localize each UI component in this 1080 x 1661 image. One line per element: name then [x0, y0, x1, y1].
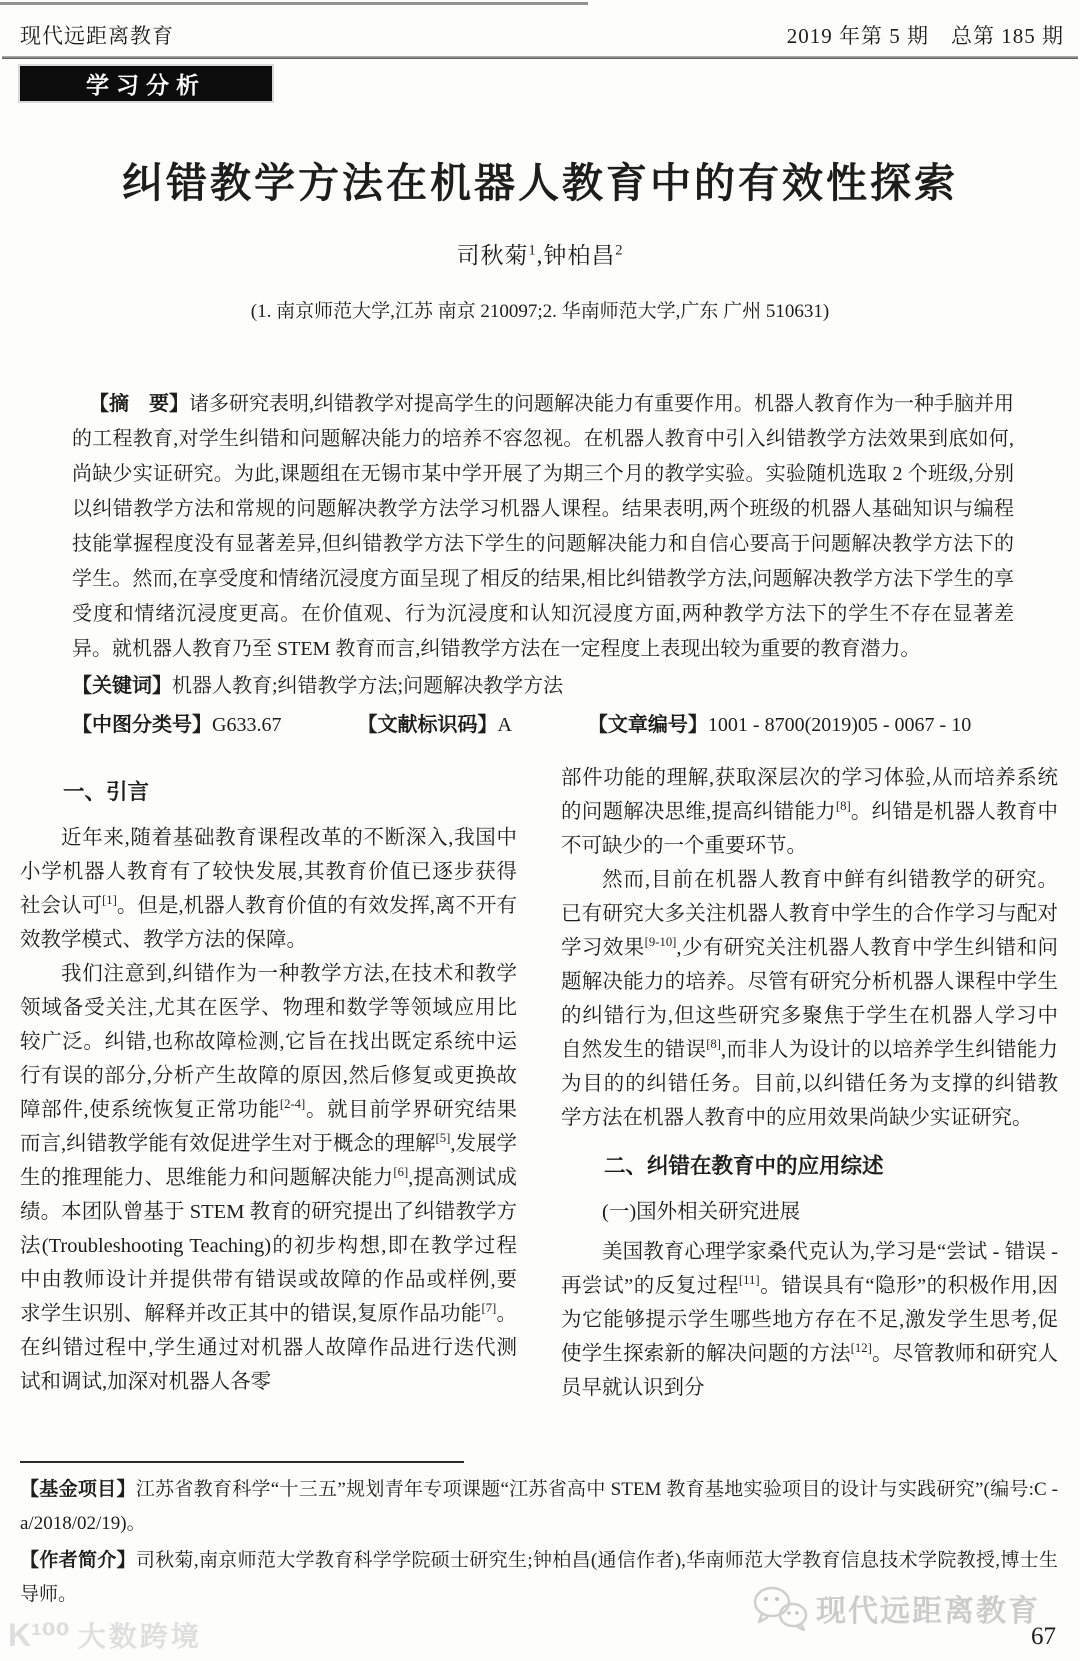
journal-name: 现代远距离教育	[20, 20, 174, 50]
body-columns: 一、引言近年来,随着基础教育课程改革的不断深入,我国中小学机器人教育有了较快发展…	[20, 761, 1058, 1451]
section-heading: 一、引言	[20, 775, 517, 809]
document-code-label: 【文献标识码】	[357, 714, 497, 736]
article-title: 纠错教学方法在机器人教育中的有效性探索	[40, 159, 1040, 207]
document-code: 【文献标识码】A	[357, 708, 511, 743]
header-rule	[2, 56, 1078, 59]
page-number: 67	[1031, 1623, 1056, 1651]
reference-superscript: [12]	[851, 1341, 872, 1355]
clc-number: 【中图分类号】G633.67	[72, 708, 281, 743]
dashu-logo-icon: K¹⁰⁰	[8, 1616, 70, 1654]
article-id-label: 【文章编号】	[588, 714, 708, 736]
wechat-icon	[752, 1585, 808, 1631]
keywords-label: 【关键词】	[72, 675, 172, 697]
journal-watermark: 现代远距离教育	[752, 1585, 1040, 1631]
text-run: 我们注意到,纠错作为一种教学方法,在技术和教学领域备受关注,尤其在医学、物理和数…	[20, 963, 517, 1121]
reference-superscript: [2-4]	[280, 1097, 305, 1111]
meta-row: 【中图分类号】G633.67 【文献标识码】A 【文章编号】1001 - 870…	[72, 708, 1014, 743]
dashu-watermark: K¹⁰⁰ 大数跨境	[8, 1615, 202, 1655]
text-run: ,提高测试成绩。本团队曾基于 STEM 教育的研究提出了纠错教学方法(Troub…	[20, 1167, 517, 1325]
author-bio-label: 【作者简介】	[20, 1550, 136, 1571]
body-paragraph: 我们注意到,纠错作为一种教学方法,在技术和教学领域备受关注,尤其在医学、物理和数…	[20, 957, 517, 1399]
article-id: 【文章编号】1001 - 8700(2019)05 - 0067 - 10	[588, 708, 971, 743]
reference-superscript: 2	[615, 242, 623, 258]
reference-superscript: [7]	[481, 1301, 496, 1315]
text-run: ,钟柏昌	[537, 243, 616, 268]
reference-superscript: [8]	[706, 1037, 721, 1051]
fund-project-label: 【基金项目】	[20, 1479, 136, 1500]
issue-info: 2019 年第 5 期 总第 185 期	[787, 20, 1064, 50]
affiliation: (1. 南京师范大学,江苏 南京 210097;2. 华南师范大学,广东 广州 …	[0, 296, 1080, 323]
section-badge: 学习分析	[20, 66, 272, 101]
scan-artifact-line	[0, 2, 588, 5]
body-paragraph: 近年来,随着基础教育课程改革的不断深入,我国中小学机器人教育有了较快发展,其教育…	[20, 821, 517, 957]
abstract-text: 诸多研究表明,纠错教学对提高学生的问题解决能力有重要作用。机器人教育作为一种手脑…	[72, 393, 1014, 660]
reference-superscript: [11]	[739, 1273, 760, 1287]
body-paragraph: 部件功能的理解,获取深层次的学习体验,从而培养系统的问题解决思维,提高纠错能力[…	[561, 761, 1058, 863]
authors: 司秋菊1,钟柏昌2	[0, 237, 1080, 270]
abstract: 【摘 要】诸多研究表明,纠错教学对提高学生的问题解决能力有重要作用。机器人教育作…	[72, 387, 1014, 667]
journal-watermark-text: 现代远距离教育	[816, 1586, 1040, 1630]
reference-superscript: [8]	[836, 799, 851, 813]
left-column: 一、引言近年来,随着基础教育课程改革的不断深入,我国中小学机器人教育有了较快发展…	[20, 761, 517, 1451]
subsection-heading: (一)国外相关研究进展	[561, 1195, 1058, 1229]
journal-page: 现代远距离教育 2019 年第 5 期 总第 185 期 学习分析 纠错教学方法…	[0, 0, 1080, 1661]
dashu-watermark-text: 大数跨境	[78, 1615, 202, 1655]
fund-project-text: 江苏省教育科学“十三五”规划青年专项课题“江苏省高中 STEM 教育基地实验项目…	[20, 1479, 1058, 1534]
keywords: 【关键词】机器人教育;纠错教学方法;问题解决教学方法	[72, 669, 1014, 704]
section-heading: 二、纠错在教育中的应用综述	[561, 1149, 1058, 1183]
fund-project-note: 【基金项目】江苏省教育科学“十三五”规划青年专项课题“江苏省高中 STEM 教育…	[20, 1473, 1058, 1541]
document-code-value: A	[497, 714, 511, 736]
article-id-value: 1001 - 8700(2019)05 - 0067 - 10	[708, 714, 971, 736]
right-column: 部件功能的理解,获取深层次的学习体验,从而培养系统的问题解决思维,提高纠错能力[…	[561, 761, 1058, 1451]
clc-label: 【中图分类号】	[72, 714, 212, 736]
reference-superscript: [1]	[102, 893, 117, 907]
reference-superscript: [5]	[436, 1131, 451, 1145]
reference-superscript: [9-10]	[645, 935, 677, 949]
body-paragraph: 然而,目前在机器人教育中鲜有纠错教学的研究。已有研究大多关注机器人教育中学生的合…	[561, 863, 1058, 1135]
keywords-text: 机器人教育;纠错教学方法;问题解决教学方法	[172, 675, 563, 697]
abstract-label: 【摘 要】	[89, 393, 189, 415]
body-paragraph: 美国教育心理学家桑代克认为,学习是“尝试 - 错误 - 再尝试”的反复过程[11…	[561, 1235, 1058, 1405]
page-header: 现代远距离教育 2019 年第 5 期 总第 185 期	[0, 0, 1080, 56]
reference-superscript: 1	[529, 242, 537, 258]
reference-superscript: [6]	[393, 1165, 408, 1179]
footnote-separator	[20, 1461, 464, 1463]
clc-value: G633.67	[212, 714, 281, 736]
text-run: 司秋菊	[457, 243, 529, 268]
